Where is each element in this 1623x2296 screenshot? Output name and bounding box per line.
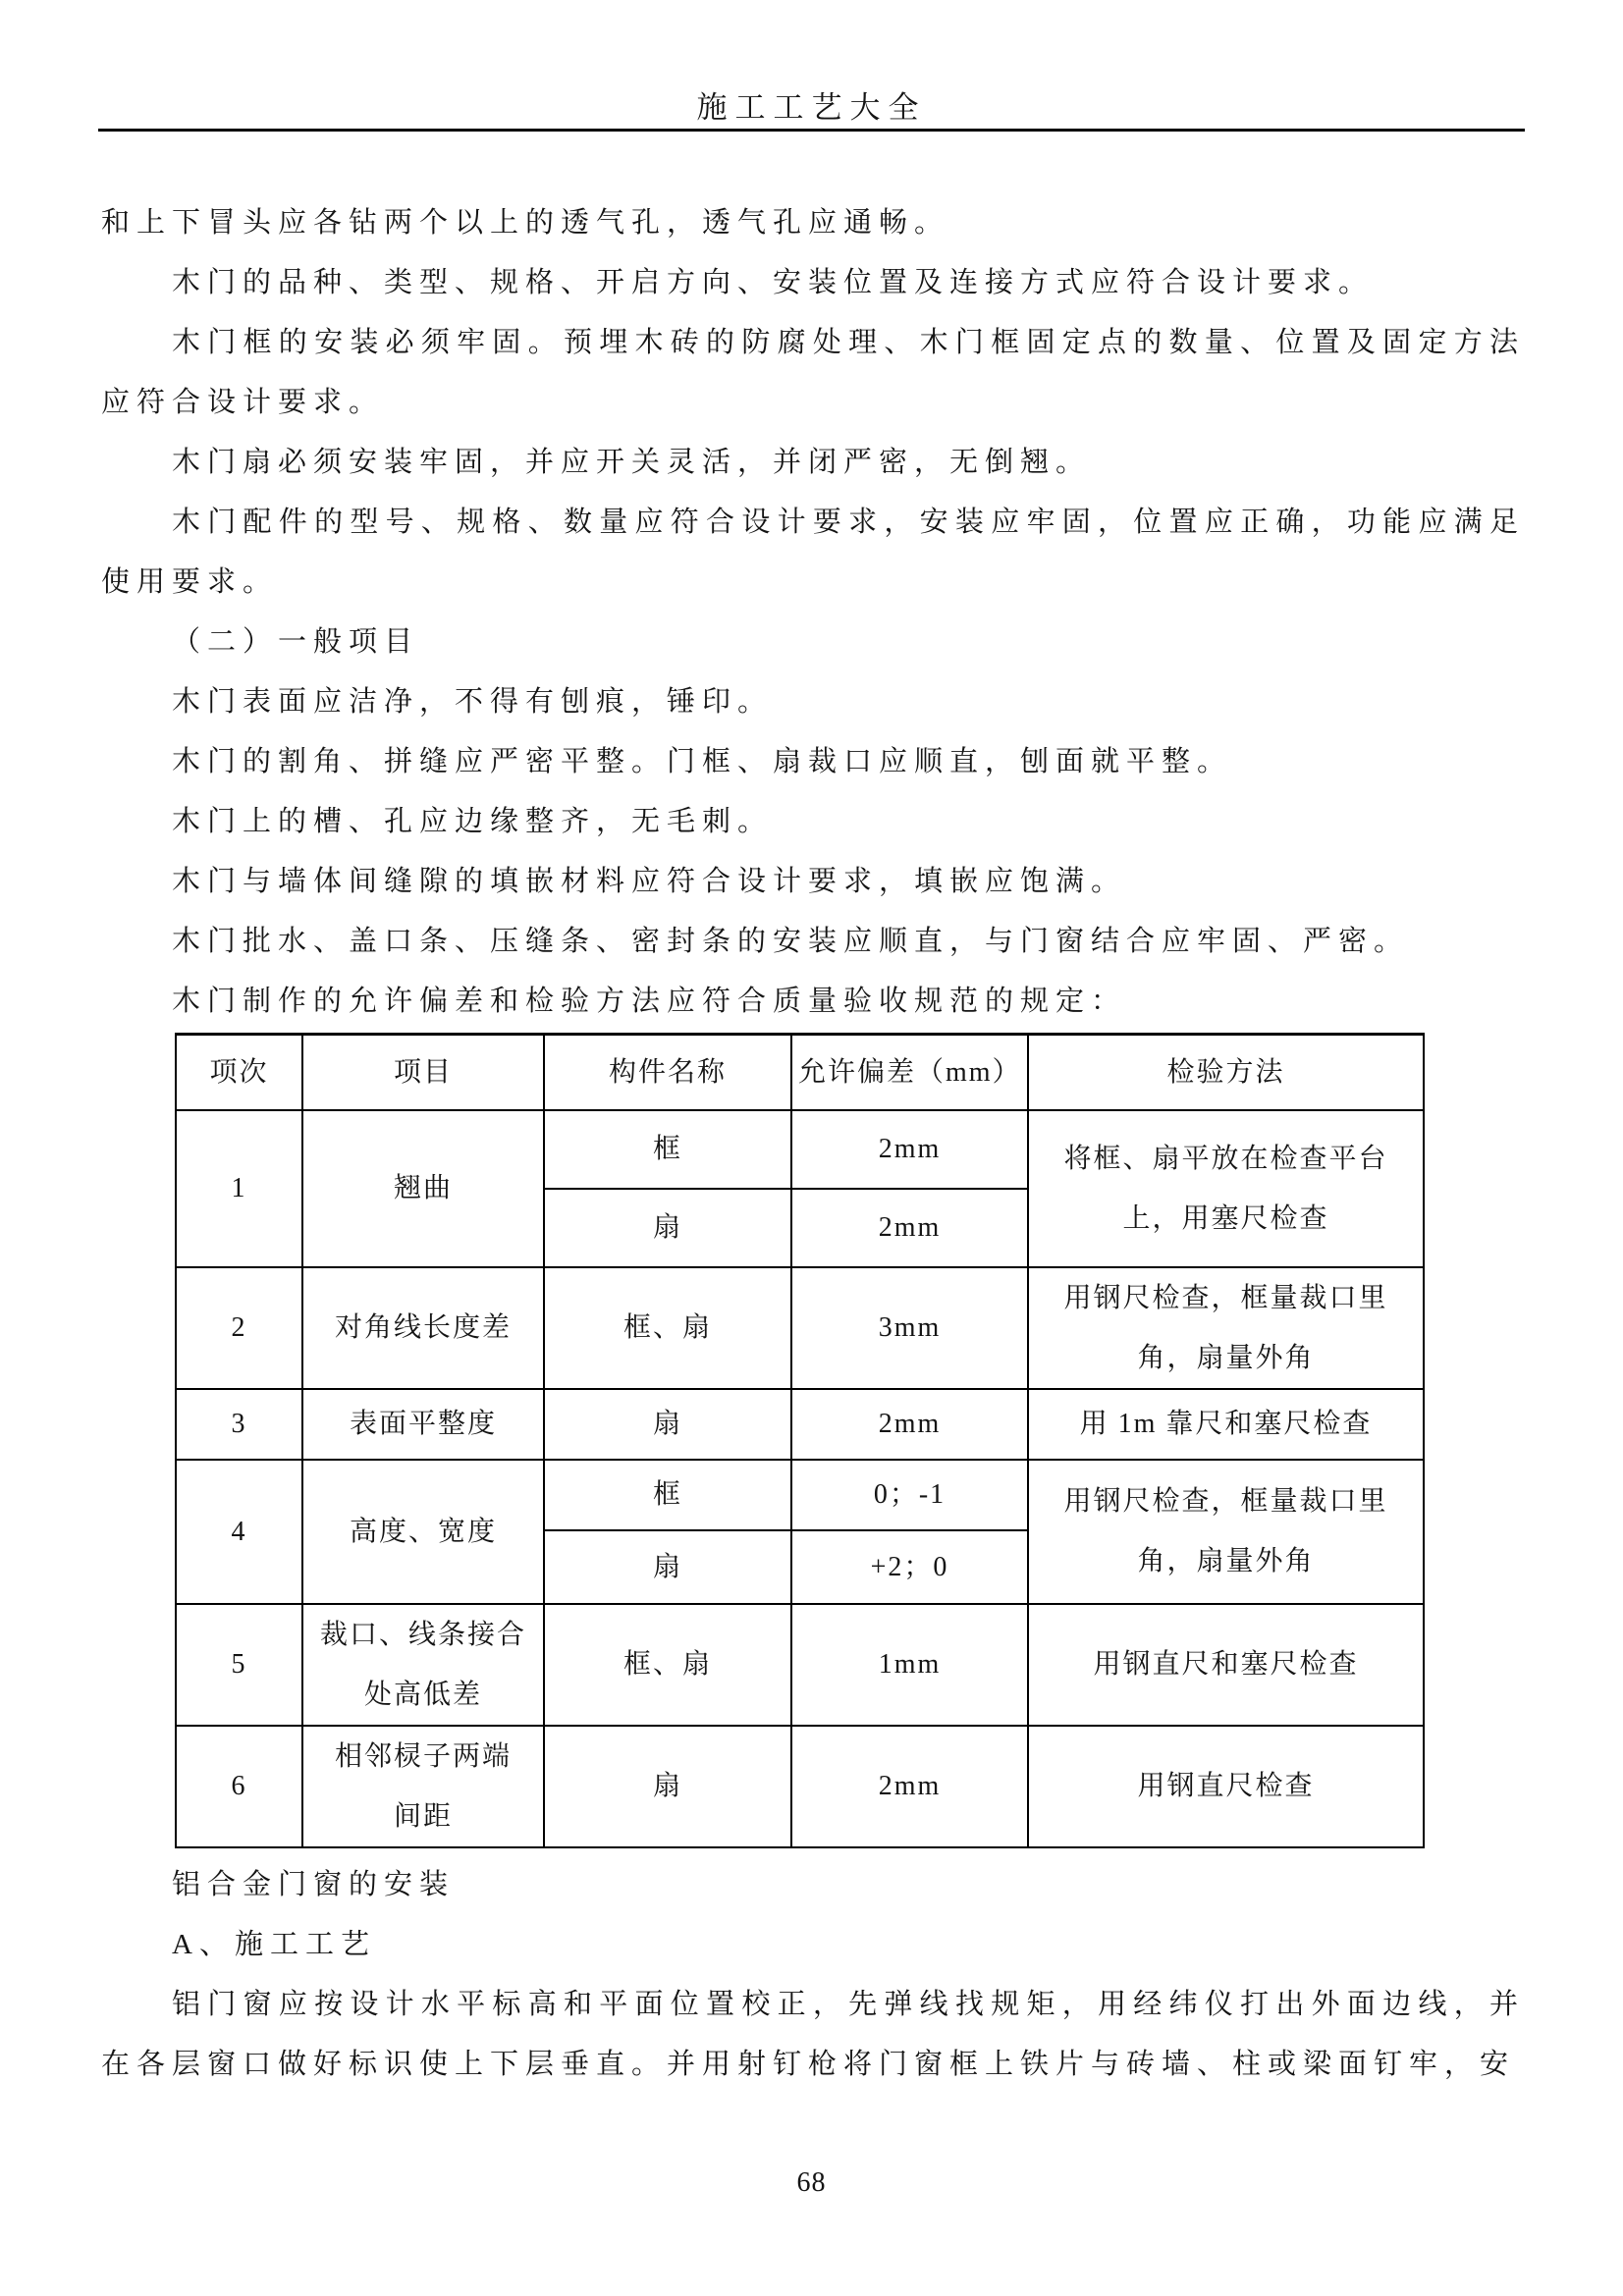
table-row: 2 对角线长度差 框、扇 3mm 用钢尺检查，框量裁口里 角，扇量外角: [176, 1267, 1424, 1389]
table-cell-tolerance: +2；0: [791, 1530, 1028, 1604]
table-cell-no: 4: [176, 1460, 302, 1604]
table-cell-tolerance: 3mm: [791, 1267, 1028, 1389]
table-cell-method: 用 1m 靠尺和塞尺检查: [1028, 1389, 1424, 1460]
table-cell-tolerance: 2mm: [791, 1389, 1028, 1460]
table-cell-item: 相邻棂子两端 间距: [302, 1726, 544, 1847]
table-row: 4 高度、宽度 框 0；-1 用钢尺检查，框量裁口里 角，扇量外角: [176, 1460, 1424, 1530]
table-header-cell-method: 检验方法: [1028, 1035, 1424, 1110]
paragraph-table-intro: 木门制作的允许偏差和检验方法应符合质量验收规范的规定：: [101, 972, 1525, 1032]
table-cell-no: 2: [176, 1267, 302, 1389]
table-cell-no: 6: [176, 1726, 302, 1847]
paragraph: 木门上的槽、孔应边缘整齐，无毛刺。: [101, 792, 1525, 852]
paragraph: 木门的品种、类型、规格、开启方向、安装位置及连接方式应符合设计要求。: [101, 253, 1525, 313]
table-cell-item: 裁口、线条接合 处高低差: [302, 1604, 544, 1726]
paragraph-subheading: 铝合金门窗的安装: [101, 1855, 1525, 1915]
table-cell-item: 高度、宽度: [302, 1460, 544, 1604]
table-row: 5 裁口、线条接合 处高低差 框、扇 1mm 用钢直尺和塞尺检查: [176, 1604, 1424, 1726]
page-body: 和上下冒头应各钻两个以上的透气孔，透气孔应通畅。 木门的品种、类型、规格、开启方…: [101, 193, 1525, 2095]
paragraph: 木门配件的型号、规格、数量应符合设计要求，安装应牢固，位置应正确，功能应满足使用…: [101, 493, 1525, 613]
paragraph-section-heading: （二）一般项目: [101, 613, 1525, 672]
table-cell-tolerance: 1mm: [791, 1604, 1028, 1726]
paragraph: 木门批水、盖口条、压缝条、密封条的安装应顺直，与门窗结合应牢固、严密。: [101, 912, 1525, 972]
table-cell-tolerance: 2mm: [791, 1189, 1028, 1267]
table-cell-component: 框: [544, 1110, 791, 1189]
table-cell-method: 用钢直尺和塞尺检查: [1028, 1604, 1424, 1726]
table-cell-method: 将框、扇平放在检查平台 上，用塞尺检查: [1028, 1110, 1424, 1267]
table-cell-no: 1: [176, 1110, 302, 1267]
table-cell-item: 翘曲: [302, 1110, 544, 1267]
table-cell-component: 框、扇: [544, 1267, 791, 1389]
paragraph: 木门表面应洁净，不得有刨痕，锤印。: [101, 672, 1525, 732]
paragraph: 铝门窗应按设计水平标高和平面位置校正，先弹线找规矩，用经纬仪打出外面边线，并在各…: [101, 1975, 1525, 2095]
table-header-cell-component: 构件名称: [544, 1035, 791, 1110]
table-cell-component: 扇: [544, 1726, 791, 1847]
header-rule: [98, 129, 1525, 132]
table-cell-no: 5: [176, 1604, 302, 1726]
table-header-cell-tolerance: 允许偏差（mm）: [791, 1035, 1028, 1110]
table-cell-method: 用钢直尺检查: [1028, 1726, 1424, 1847]
table-header-row: 项次 项目 构件名称 允许偏差（mm） 检验方法: [176, 1035, 1424, 1110]
table-cell-tolerance: 0；-1: [791, 1460, 1028, 1530]
table-header-cell-item-no: 项次: [176, 1035, 302, 1110]
document-page: 施工工艺大全 和上下冒头应各钻两个以上的透气孔，透气孔应通畅。 木门的品种、类型…: [0, 0, 1623, 2296]
table-cell-component: 框、扇: [544, 1604, 791, 1726]
paragraph: 木门与墙体间缝隙的填嵌材料应符合设计要求，填嵌应饱满。: [101, 852, 1525, 912]
table-cell-method: 用钢尺检查，框量裁口里 角，扇量外角: [1028, 1460, 1424, 1604]
paragraph: 和上下冒头应各钻两个以上的透气孔，透气孔应通畅。: [101, 193, 1525, 253]
paragraph-subheading: A、施工工艺: [101, 1915, 1525, 1975]
paragraph: 木门扇必须安装牢固，并应开关灵活，并闭严密，无倒翘。: [101, 433, 1525, 493]
table-row: 1 翘曲 框 2mm 将框、扇平放在检查平台 上，用塞尺检查: [176, 1110, 1424, 1189]
after-table-section: 铝合金门窗的安装 A、施工工艺 铝门窗应按设计水平标高和平面位置校正，先弹线找规…: [101, 1855, 1525, 2095]
table-cell-no: 3: [176, 1389, 302, 1460]
table-cell-component: 扇: [544, 1389, 791, 1460]
table-cell-component: 扇: [544, 1189, 791, 1267]
page-title: 施工工艺大全: [0, 82, 1623, 127]
table-row: 3 表面平整度 扇 2mm 用 1m 靠尺和塞尺检查: [176, 1389, 1424, 1460]
table-cell-component: 扇: [544, 1530, 791, 1604]
table-cell-item: 表面平整度: [302, 1389, 544, 1460]
table-row: 6 相邻棂子两端 间距 扇 2mm 用钢直尺检查: [176, 1726, 1424, 1847]
paragraph: 木门框的安装必须牢固。预埋木砖的防腐处理、木门框固定点的数量、位置及固定方法应符…: [101, 313, 1525, 433]
table-header-cell-item: 项目: [302, 1035, 544, 1110]
tolerance-spec-table: 项次 项目 构件名称 允许偏差（mm） 检验方法 1 翘曲 框 2mm 将框、扇…: [175, 1033, 1425, 1848]
page-number: 68: [0, 2167, 1623, 2199]
table-cell-item: 对角线长度差: [302, 1267, 544, 1389]
table-cell-method: 用钢尺检查，框量裁口里 角，扇量外角: [1028, 1267, 1424, 1389]
table-cell-component: 框: [544, 1460, 791, 1530]
table-cell-tolerance: 2mm: [791, 1110, 1028, 1189]
table-cell-tolerance: 2mm: [791, 1726, 1028, 1847]
paragraph: 木门的割角、拼缝应严密平整。门框、扇裁口应顺直，刨面就平整。: [101, 732, 1525, 792]
